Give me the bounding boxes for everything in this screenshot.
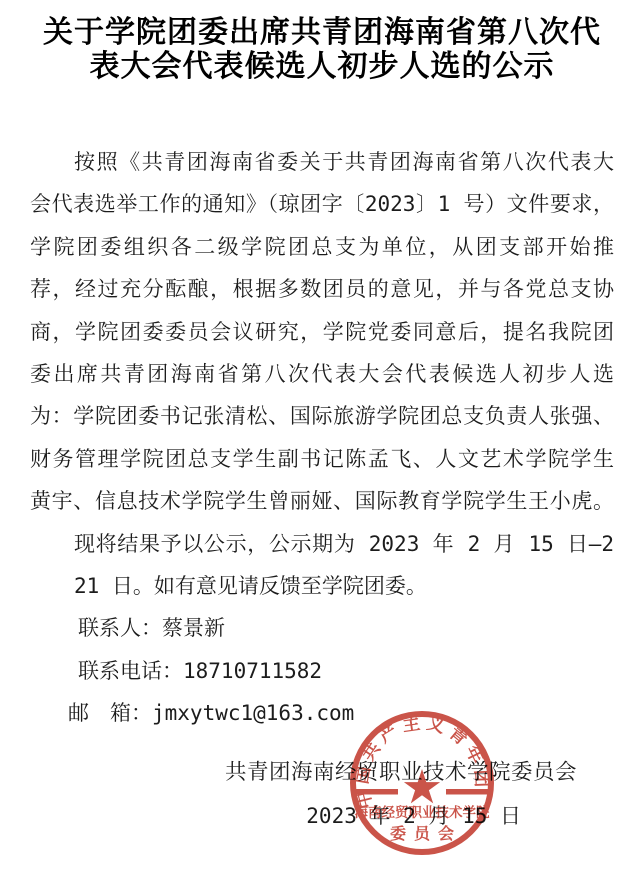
contact-phone-line: 联系电话：18710711582 <box>30 650 614 692</box>
body-line: 按照《共青团海南省委关于共青团海南省第八次代表大 <box>30 141 614 183</box>
seal-committee-label: 委员会 <box>390 824 462 843</box>
seal-star-icon <box>404 769 440 803</box>
seal-bar-right <box>446 789 488 795</box>
body-line: 财务管理学院团总支学生副书记陈孟飞、人文艺术学院学生 <box>30 438 614 480</box>
body-line: 为：学院团委书记张清松、国际旅游学院团总支负责人张强、 <box>30 395 614 437</box>
seal-bar-left <box>356 789 398 795</box>
body-line: 21 日。如有意见请反馈至学院团委。 <box>30 565 614 607</box>
contact-email-line: 邮 箱：jmxytwc1@163.com <box>30 692 614 734</box>
document-page: 关于学院团委出席共青团海南省第八次代 表大会代表候选人初步人选的公示 按照《共青… <box>0 0 644 872</box>
document-body: 按照《共青团海南省委关于共青团海南省第八次代表大 会代表选举工作的通知》（琼团字… <box>30 141 614 734</box>
document-title: 关于学院团委出席共青团海南省第八次代 表大会代表候选人初步人选的公示 <box>0 16 644 84</box>
body-line: 商，学院团委委员会议研究，学院党委同意后，提名我院团 <box>30 311 614 353</box>
body-line: 现将结果予以公示，公示期为 2023 年 2 月 15 日—2 月 <box>30 523 614 565</box>
signature-line: 共青团海南经贸职业技术学院委员会 <box>0 760 644 786</box>
title-line-2: 表大会代表候选人初步人选的公示 <box>0 50 644 84</box>
official-seal: 中国共产主义青年团 海南经贸职业技术学院 委员会 <box>342 703 502 863</box>
body-line: 荐，经过充分酝酿，根据多数团员的意见，并与各党总支协 <box>30 268 614 310</box>
body-line: 黄宇、信息技术学院学生曾丽娅、国际教育学院学生王小虎。 <box>30 480 614 522</box>
body-line: 会代表选举工作的通知》（琼团字〔2023〕1 号）文件要求， <box>30 183 614 225</box>
seal-org-name: 海南经贸职业技术学院 <box>355 804 490 820</box>
contact-person-line: 联系人：蔡景新 <box>30 607 614 649</box>
body-line: 学院团委组织各二级学院团总支为单位，从团支部开始推 <box>30 226 614 268</box>
body-line: 委出席共青团海南省第八次代表大会代表候选人初步人选 <box>30 353 614 395</box>
title-line-1: 关于学院团委出席共青团海南省第八次代 <box>0 16 644 50</box>
